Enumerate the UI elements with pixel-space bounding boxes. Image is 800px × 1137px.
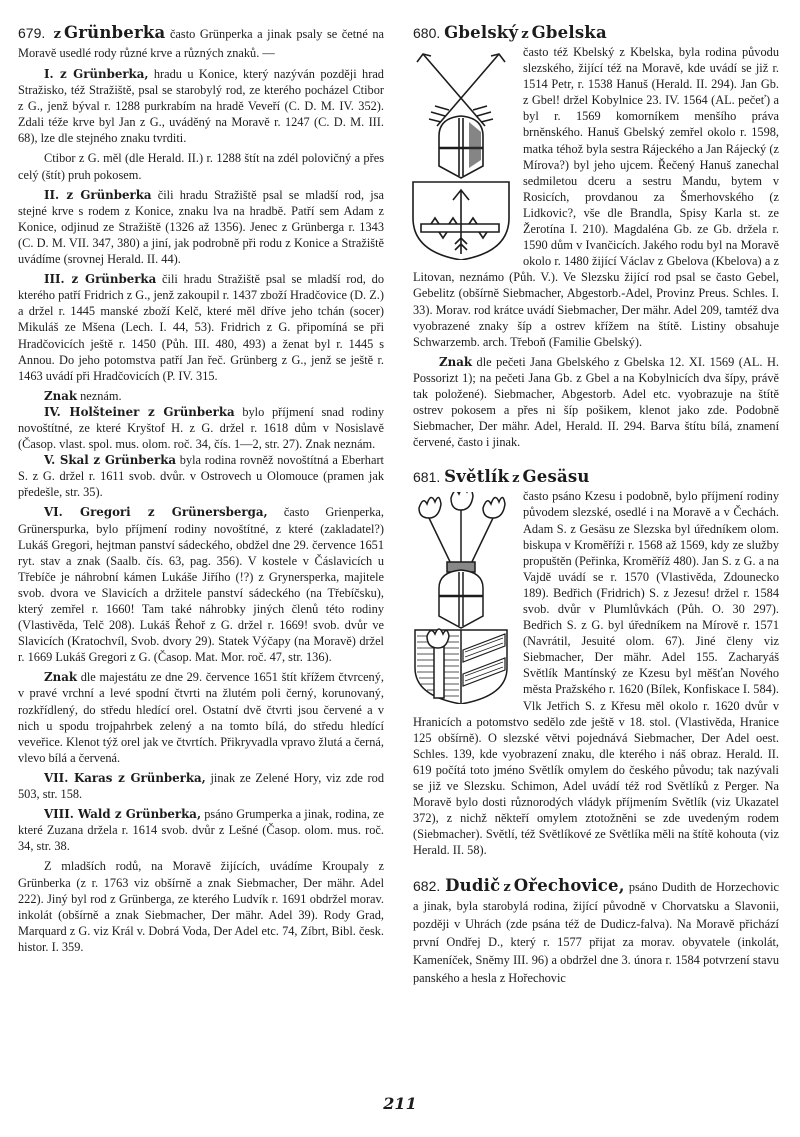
- paragraph: Znak dle majestátu ze dne 29. července 1…: [18, 669, 384, 766]
- entry-name: Světlík: [444, 467, 509, 486]
- entry-number: 682.: [413, 878, 440, 894]
- entry-680-heading: 680. GbelskýzGbelska: [413, 24, 779, 44]
- entry-name: Gbelska: [532, 23, 607, 42]
- paragraph-text: čili hradu Stražiště psal se mladší rod,…: [18, 272, 384, 383]
- entry-number: 681.: [413, 469, 440, 485]
- coat-of-arms-gbelsky: [409, 48, 517, 260]
- paragraph-text: Z mladších rodů, na Moravě žijících, uvá…: [18, 859, 384, 953]
- entry-particle: z: [518, 27, 531, 42]
- paragraph-text: Ctibor z G. měl (dle Herald. II.) r. 128…: [18, 151, 384, 181]
- paragraph: VI. Gregori z Grünersberga, často Grienp…: [18, 504, 384, 665]
- paragraph-text: dle majestátu ze dne 29. července 1651 š…: [18, 670, 384, 764]
- paragraph: Ctibor z G. měl (dle Herald. II.) r. 128…: [18, 150, 384, 182]
- paragraph: IV. Holšteiner z Grünberka bylo příjmení…: [18, 404, 384, 452]
- paragraph-lead: Znak: [44, 670, 77, 684]
- paragraph: II. z Grünberka čili hradu Stražiště psa…: [18, 187, 384, 267]
- entry-679-heading: 679. zGrünberka často Grünperka a jinak …: [18, 24, 384, 62]
- coat-of-arms-svetlik: [409, 492, 517, 704]
- paragraph: V. Skal z Grünberka byla rodina rovněž n…: [18, 452, 384, 500]
- paragraph-lead: Znak: [439, 355, 472, 369]
- paragraph: VIII. Wald z Grünberka, psáno Grumperka …: [18, 806, 384, 854]
- entry-particle: z: [509, 471, 522, 486]
- paragraph: I. z Grünberka, hradu u Konice, který na…: [18, 66, 384, 146]
- paragraph: Znak neznám.: [18, 388, 384, 404]
- entry-number: 679.: [18, 25, 45, 41]
- paragraph-lead: II. z Grünberka: [44, 188, 152, 202]
- paragraph-lead: IV. Holšteiner z Grünberka: [44, 405, 235, 419]
- entry-681-heading: 681. SvětlíkzGesäsu: [413, 468, 779, 488]
- entry-intro: psáno Dudith de Horzechovic a jinak, byl…: [413, 880, 779, 985]
- entry-682-heading: 682. DudičzOřechovice, psáno Dudith de H…: [413, 877, 779, 987]
- document-page: 679. zGrünberka často Grünperka a jinak …: [0, 0, 800, 1137]
- entry-particle: z: [51, 27, 64, 42]
- paragraph-lead: Znak: [44, 389, 77, 403]
- coat-of-arms-icon: [409, 492, 513, 704]
- paragraph: Z mladších rodů, na Moravě žijících, uvá…: [18, 858, 384, 955]
- entry-name: Gbelský: [444, 23, 518, 42]
- left-column: 679. zGrünberka často Grünperka a jinak …: [18, 24, 384, 955]
- entry-name: Ořechovice,: [514, 876, 625, 895]
- paragraph-text: často Grienperka, Grünerspurka, bylo pří…: [18, 505, 384, 664]
- paragraph-lead: VI. Gregori z Grünersberga,: [44, 505, 268, 519]
- entry-name: Gesäsu: [523, 467, 590, 486]
- paragraph: Znak dle pečeti Jana Gbelského z Gbelska…: [413, 354, 779, 451]
- paragraph-lead: VIII. Wald z Grünberka,: [44, 807, 201, 821]
- paragraph-lead: I. z Grünberka,: [44, 67, 148, 81]
- entry-particle: z: [500, 880, 513, 895]
- entry-number: 680.: [413, 25, 440, 41]
- entry-name: Dudič: [445, 876, 500, 895]
- paragraph-lead: VII. Karas z Grünberka,: [44, 771, 206, 785]
- paragraph: III. z Grünberka čili hradu Stražiště ps…: [18, 271, 384, 384]
- paragraph-lead: III. z Grünberka: [44, 272, 156, 286]
- paragraph: VII. Karas z Grünberka, jinak ze Zelené …: [18, 770, 384, 802]
- page-number: 211: [0, 1094, 800, 1113]
- right-column: 680. GbelskýzGbelska: [413, 24, 779, 987]
- entry-name: Grünberka: [64, 23, 165, 42]
- paragraph-text: neznám.: [77, 389, 122, 403]
- coat-of-arms-icon: [409, 48, 513, 260]
- paragraph-lead: V. Skal z Grünberka: [44, 453, 176, 467]
